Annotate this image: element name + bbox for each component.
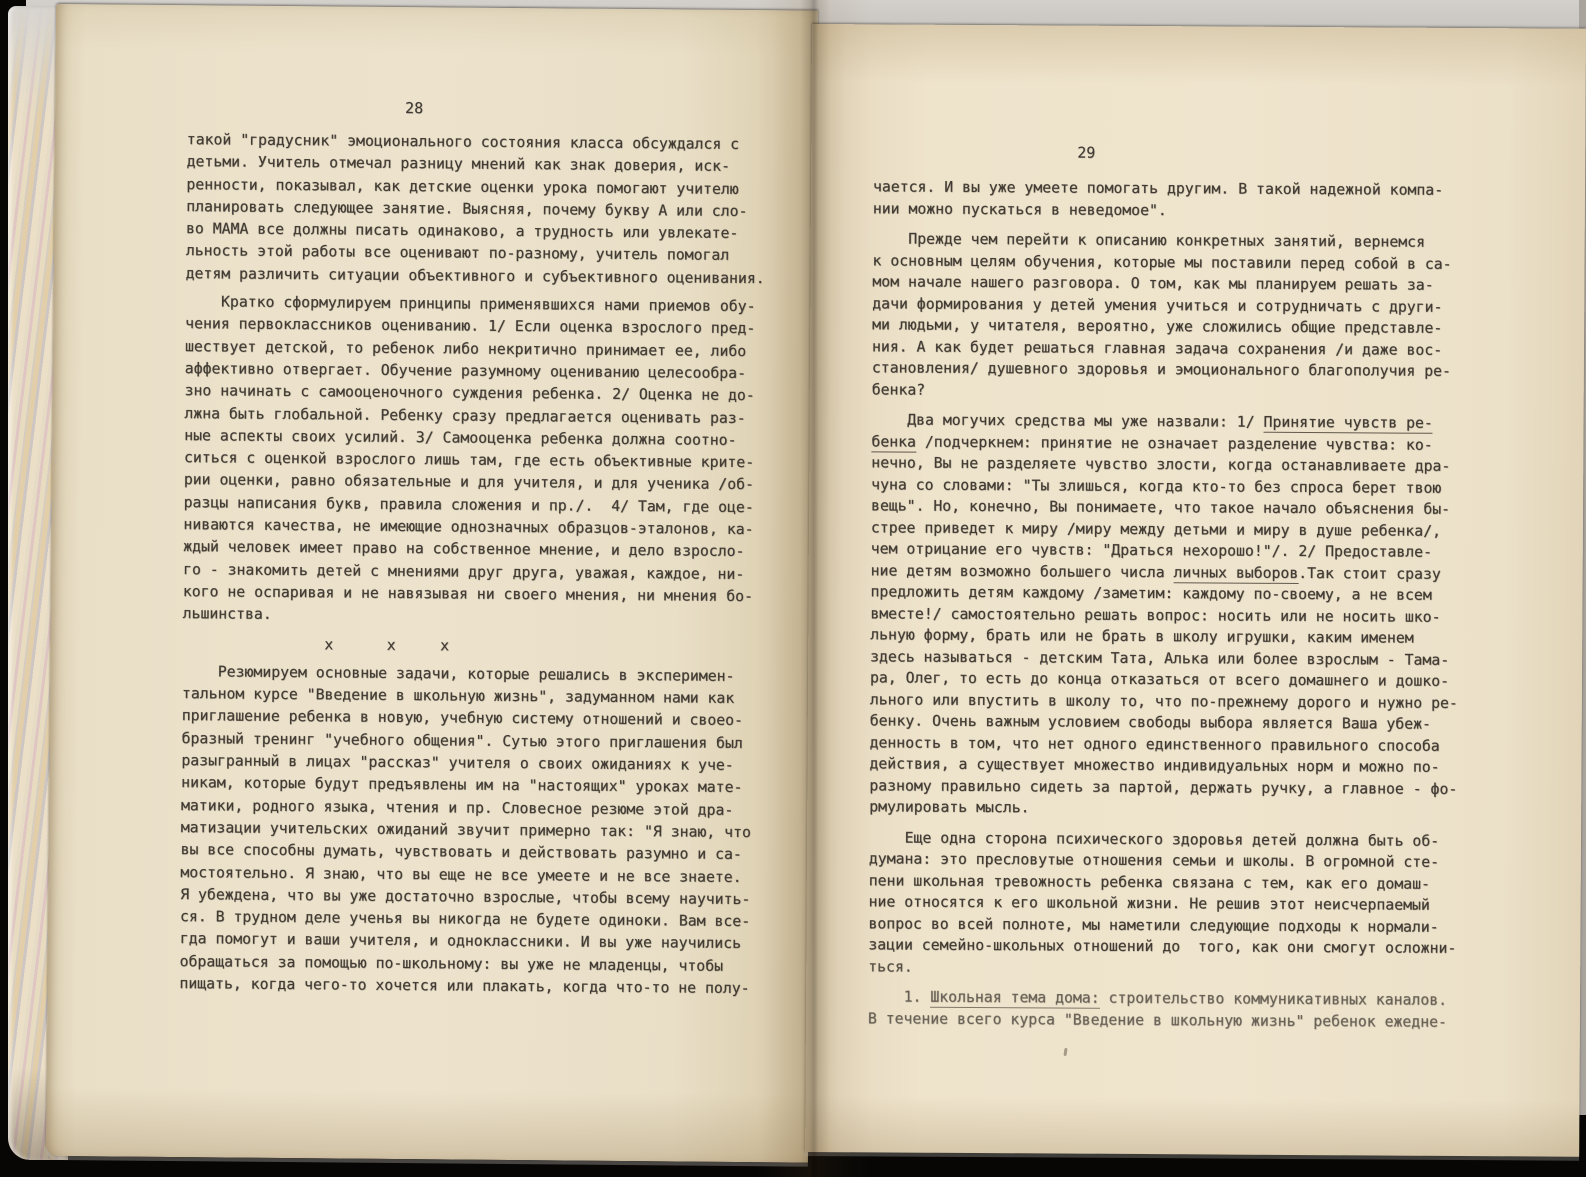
paragraph: Резюмируем основные задачи, которые реша… [179, 661, 786, 1001]
text-line: х х х [324, 634, 786, 660]
text-line: мом начале нашего разговора. О том, как … [872, 271, 1476, 296]
paragraph: 1. Школьная тема дома: строительство ком… [868, 986, 1472, 1033]
text-line: становления/ душевного здоровья и эмоцио… [872, 357, 1476, 382]
section-separator: х х х [182, 633, 786, 661]
paragraph: Еще одна сторона психического здоровья д… [868, 827, 1473, 981]
text-line: льную форму, брать или не брать в школу … [870, 624, 1474, 649]
paragraph: Кратко сформулируем принципы применявших… [183, 291, 790, 631]
text-line: рмулировать мысль. [869, 796, 1473, 821]
text-line: думана: это пресловутые отношения семьи … [869, 848, 1473, 873]
text-line: ться. [868, 956, 1472, 981]
text-line: бенку. Очень важным условием свободы выб… [870, 710, 1474, 735]
text-line: Два могучих средства мы уже назвали: 1/ … [872, 409, 1476, 434]
page-right: 29 чается. И вы уже умеете помогать друг… [805, 24, 1586, 1157]
page-number-right: 29 [1077, 144, 1095, 162]
text-line: предложить детям каждому /заметим: каждо… [870, 581, 1474, 606]
text-line: ра, Олег, то есть до конца отказаться от… [870, 667, 1474, 692]
page-left: 28 такой "градусник" эмоционального сост… [46, 4, 818, 1163]
right-page-text: чается. И вы уже умеете помогать другим.… [868, 176, 1477, 1033]
text-line: чем отрицание его чувств: "Драться нехор… [871, 538, 1475, 563]
left-page-text: такой "градусник" эмоционального состоян… [179, 129, 791, 1001]
text-line: бенка? [872, 379, 1476, 404]
text-line: нечно, Вы не разделяете чувство злости, … [871, 452, 1475, 477]
text-line: нии можно пускаться в неведомое". [873, 198, 1477, 223]
paragraph: Прежде чем перейти к описанию конкретных… [872, 228, 1477, 404]
text-line: ми людьми, у читателя, вероятно, уже сло… [872, 314, 1476, 339]
paragraph: такой "градусник" эмоционального состоян… [186, 129, 791, 290]
page-number-left: 28 [405, 99, 423, 117]
text-line: ние относятся к его школьной жизни. Не р… [869, 891, 1473, 916]
paragraph: Два могучих средства мы уже назвали: 1/ … [869, 409, 1475, 821]
text-line: В течение всего курса "Введение в школьн… [868, 1008, 1472, 1033]
text-line: пищать, когда чего-то хочется или плакат… [179, 973, 783, 1001]
text-line: вещь". Но, конечно, Вы понимаете, что та… [871, 495, 1475, 520]
text-line: детям различить ситуации объективного и … [186, 263, 790, 291]
text-line: чается. И вы уже умеете помогать другим.… [873, 176, 1477, 201]
text-line: Прежде чем перейти к описанию конкретных… [873, 228, 1477, 253]
paragraph: чается. И вы уже умеете помогать другим.… [873, 176, 1477, 223]
text-line: действия, а существует множество индивид… [869, 753, 1473, 778]
